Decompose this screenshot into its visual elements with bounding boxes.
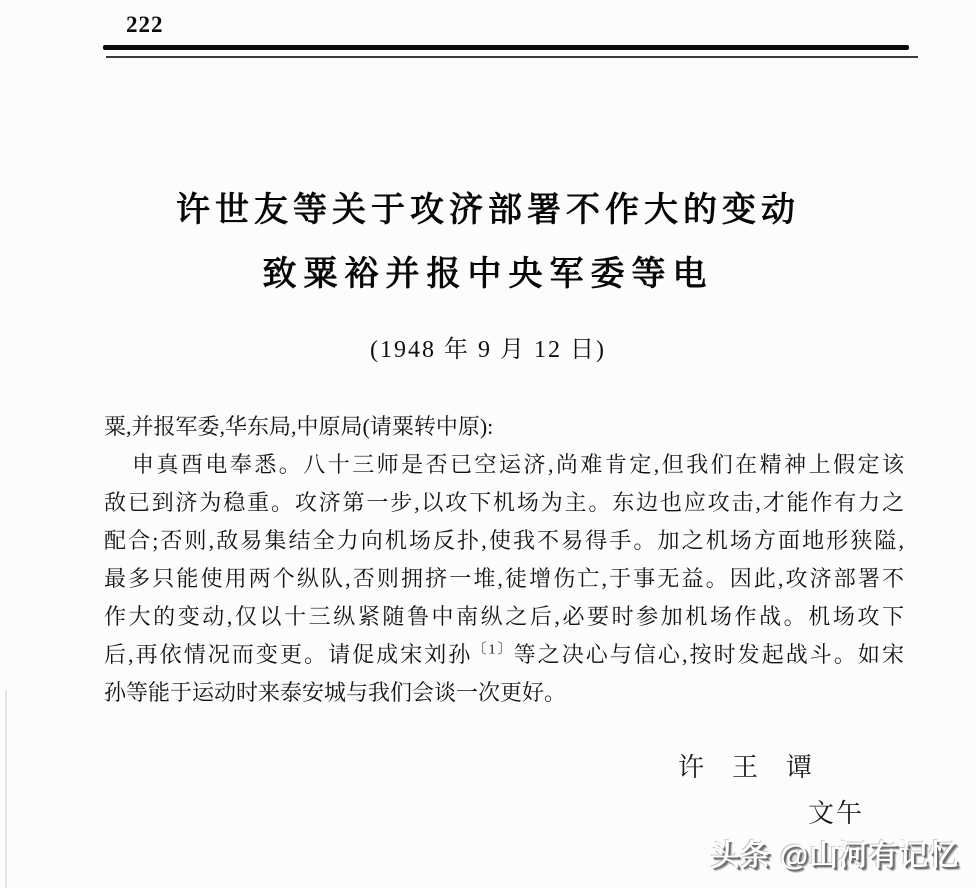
footnote-line-pre: 后,再依情况而变更。请促成宋刘孙: [104, 642, 472, 667]
body-last-line: 孙等能于运动时来泰安城与我们会谈一次更好。: [104, 674, 904, 712]
document-body: 粟,并报军委,华东局,中原局(请粟转中原): 申真酉电奉悉。八十三师是否已空运济…: [104, 408, 904, 712]
scan-edge-artifact: [5, 690, 7, 888]
title-line-1: 许世友等关于攻济部署不作大的变动: [0, 178, 976, 242]
body-line: 敌已到济为稳重。攻济第一步,以攻下机场为主。东边也应攻击,才能作有力之: [104, 484, 904, 522]
footnote-line-post: 等之决心与信心,按时发起战斗。如宋: [514, 642, 904, 667]
signature-names: 许 王 谭: [678, 752, 813, 784]
body-line-with-footnote: 后,再依情况而变更。请促成宋刘孙〔1〕等之决心与信心,按时发起战斗。如宋: [104, 636, 904, 674]
body-line: 申真酉电奉悉。八十三师是否已空运济,尚难肯定,但我们在精神上假定该: [104, 446, 904, 484]
book-page: 222 许世友等关于攻济部署不作大的变动 致粟裕并报中央军委等电 (1948 年…: [0, 0, 976, 888]
body-line: 配合;否则,敌易集结全力向机场反扑,使我不易得手。加之机场方面地形狭隘,: [104, 522, 904, 560]
salutation-line: 粟,并报军委,华东局,中原局(请粟转中原):: [104, 408, 904, 446]
header-rule-thick: [103, 45, 909, 50]
body-line: 最多只能使用两个纵队,否则拥挤一堆,徒增伤亡,于事无益。因此,攻济部署不: [104, 560, 904, 598]
document-date: (1948 年 9 月 12 日): [0, 332, 976, 368]
page-number: 222: [126, 12, 164, 38]
footnote-marker: 〔1〕: [472, 643, 513, 658]
signature-time: 文午: [808, 798, 864, 830]
header-rule-thin: [106, 56, 918, 58]
title-line-2: 致粟裕并报中央军委等电: [0, 242, 976, 306]
document-title: 许世友等关于攻济部署不作大的变动 致粟裕并报中央军委等电: [0, 178, 976, 306]
watermark-text: 头条 @山河有记忆: [711, 839, 959, 873]
body-line: 作大的变动,仅以十三纵紧随鲁中南纵之后,必要时参加机场作战。机场攻下: [104, 598, 904, 636]
